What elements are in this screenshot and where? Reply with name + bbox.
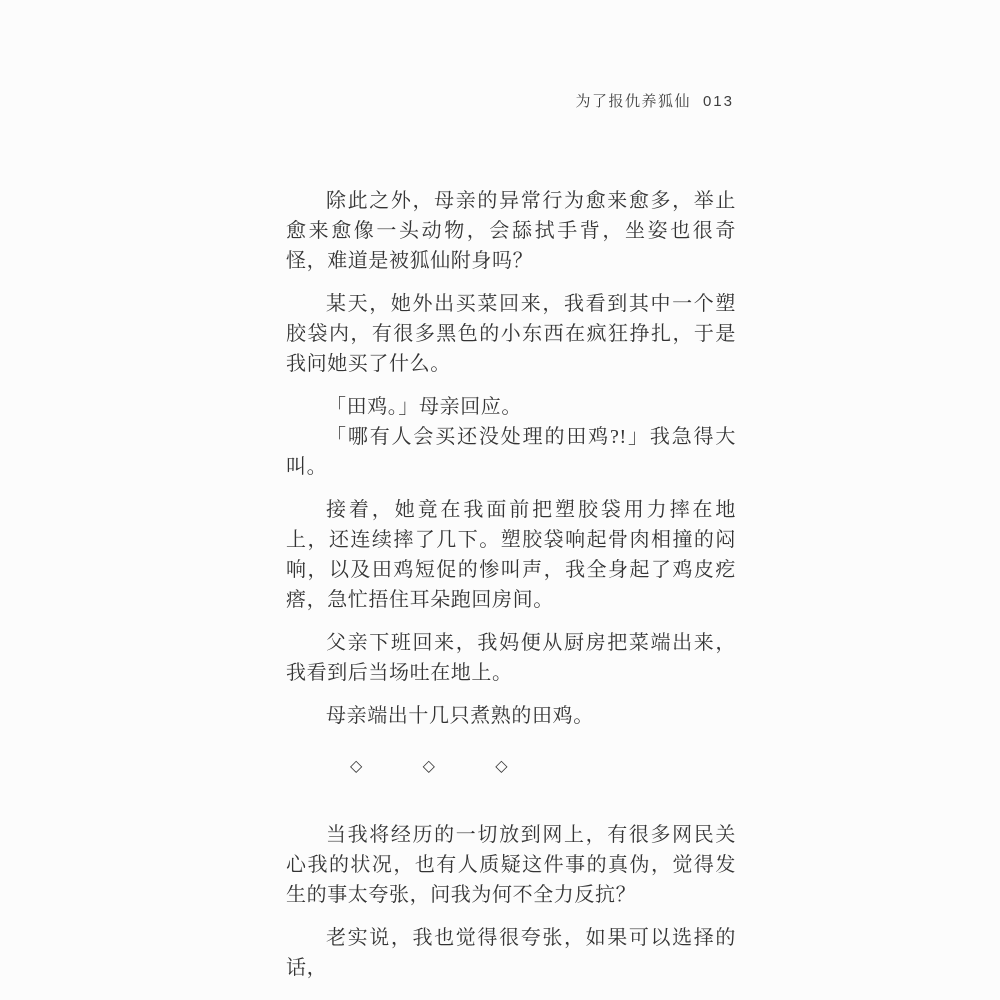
paragraph: 接着，她竟在我面前把塑胶袋用力摔在地上，还连续摔了几下。塑胶袋响起骨肉相撞的闷响… bbox=[286, 495, 736, 615]
paragraph: 父亲下班回来，我妈便从厨房把菜端出来，我看到后当场吐在地上。 bbox=[286, 628, 736, 688]
scene-separator: ◇ ◇ ◇ bbox=[286, 751, 736, 781]
dialogue-line: 「哪有人会买还没处理的田鸡?!」我急得大叫。 bbox=[286, 422, 736, 482]
paragraph: 除此之外，母亲的异常行为愈来愈多，举止愈来愈像一头动物，会舔拭手背，坐姿也很奇怪… bbox=[286, 186, 736, 276]
text-column: 除此之外，母亲的异常行为愈来愈多，举止愈来愈像一头动物，会舔拭手背，坐姿也很奇怪… bbox=[286, 186, 736, 996]
paragraph: 母亲端出十几只煮熟的田鸡。 bbox=[286, 701, 736, 731]
running-title: 为了报仇养狐仙 bbox=[575, 93, 691, 110]
paragraph: 老实说，我也觉得很夸张，如果可以选择的话， bbox=[286, 923, 736, 983]
paragraph: 某天，她外出买菜回来，我看到其中一个塑胶袋内，有很多黑色的小东西在疯狂挣扎，于是… bbox=[286, 289, 736, 379]
dialogue-line: 「田鸡。」母亲回应。 bbox=[286, 392, 736, 422]
running-header: 为了报仇养狐仙013 bbox=[286, 93, 734, 111]
book-page: 为了报仇养狐仙013 除此之外，母亲的异常行为愈来愈多，举止愈来愈像一头动物，会… bbox=[0, 0, 1000, 1000]
page-number: 013 bbox=[703, 93, 734, 110]
diamond-icon: ◇ bbox=[318, 751, 363, 781]
diamond-icon: ◇ bbox=[391, 751, 436, 781]
diamond-icon: ◇ bbox=[463, 751, 508, 781]
paragraph: 当我将经历的一切放到网上，有很多网民关心我的状况，也有人质疑这件事的真伪，觉得发… bbox=[286, 820, 736, 910]
